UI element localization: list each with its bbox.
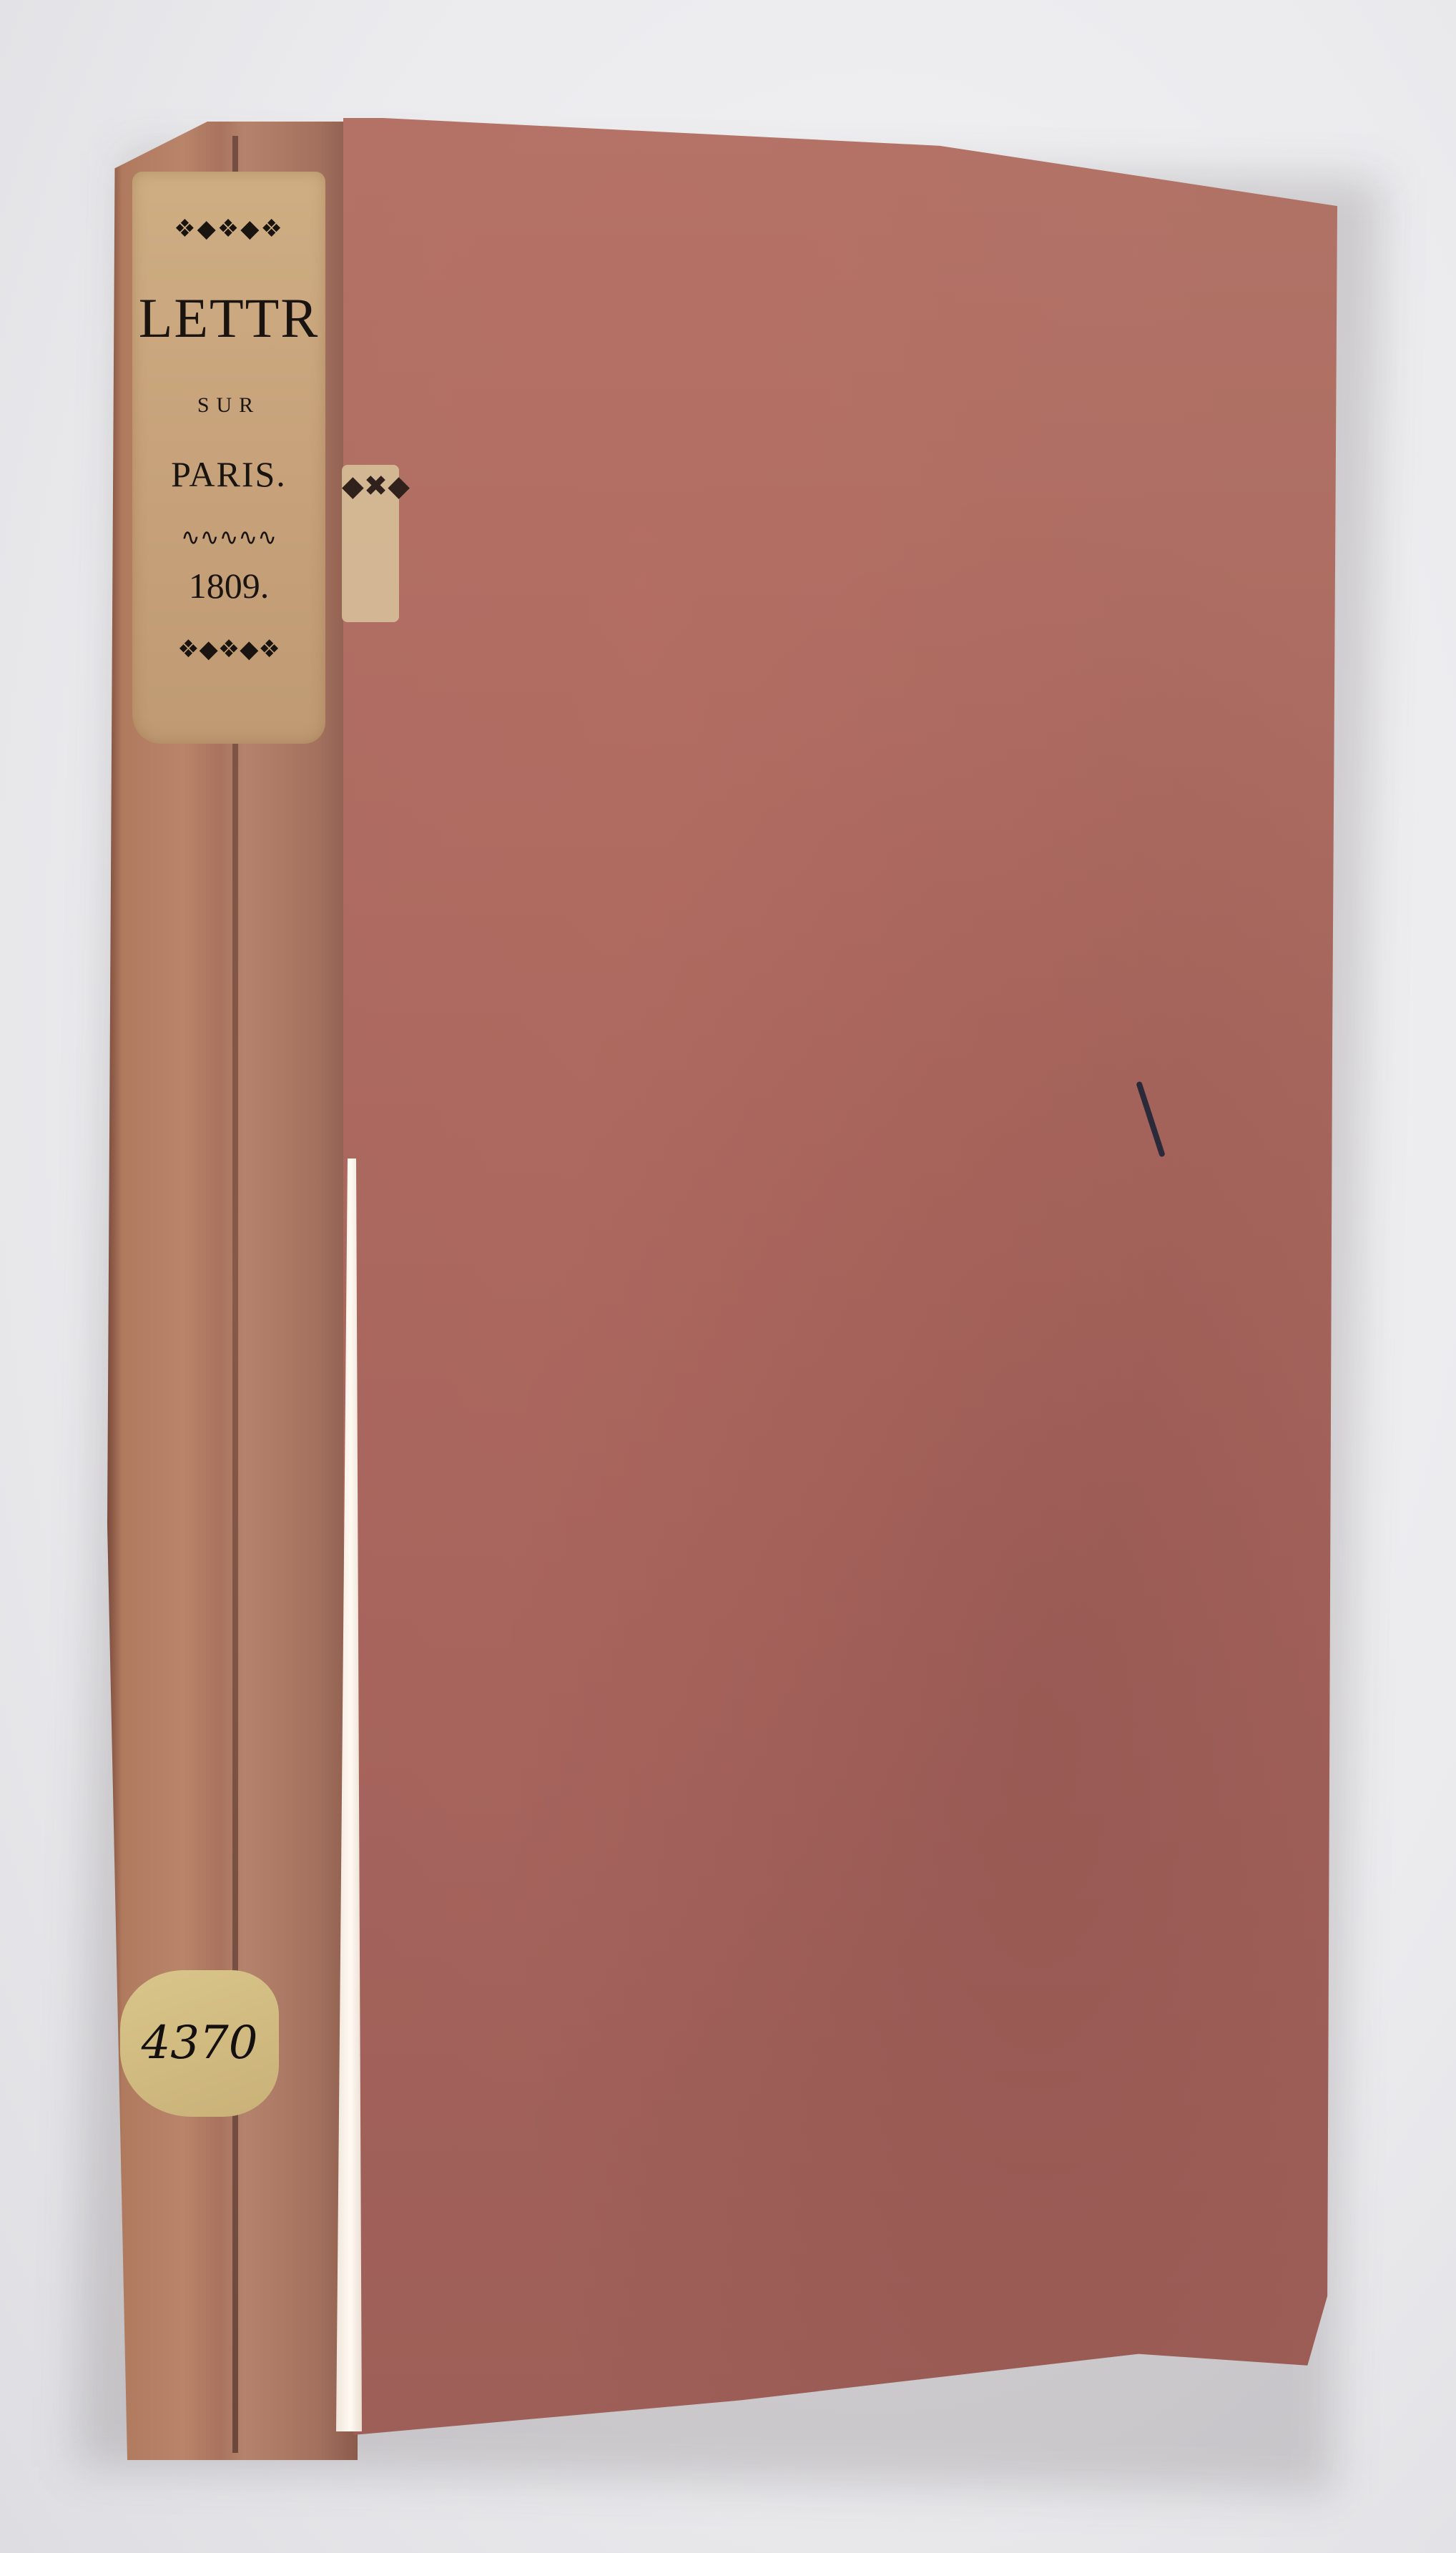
side-ornament: ◆✖◆ [342,465,399,622]
shelf-number-label: 4370 [120,1970,279,2117]
book-front-cover [343,118,1337,2435]
ornament-top: ❖◆❖◆❖ [132,215,325,243]
spine-title-label: ❖◆❖◆❖ LETTR SUR PARIS. ∿∿∿∿∿ 1809. ❖◆❖◆❖ [132,172,325,744]
ornament-wave: ∿∿∿∿∿ [132,523,325,551]
ornament-bottom: ❖◆❖◆❖ [132,635,325,664]
spine-year: 1809. [132,565,325,606]
spine-title: LETTR [132,286,325,350]
spine-subtitle: SUR [132,393,325,418]
spine-city: PARIS. [132,453,325,495]
